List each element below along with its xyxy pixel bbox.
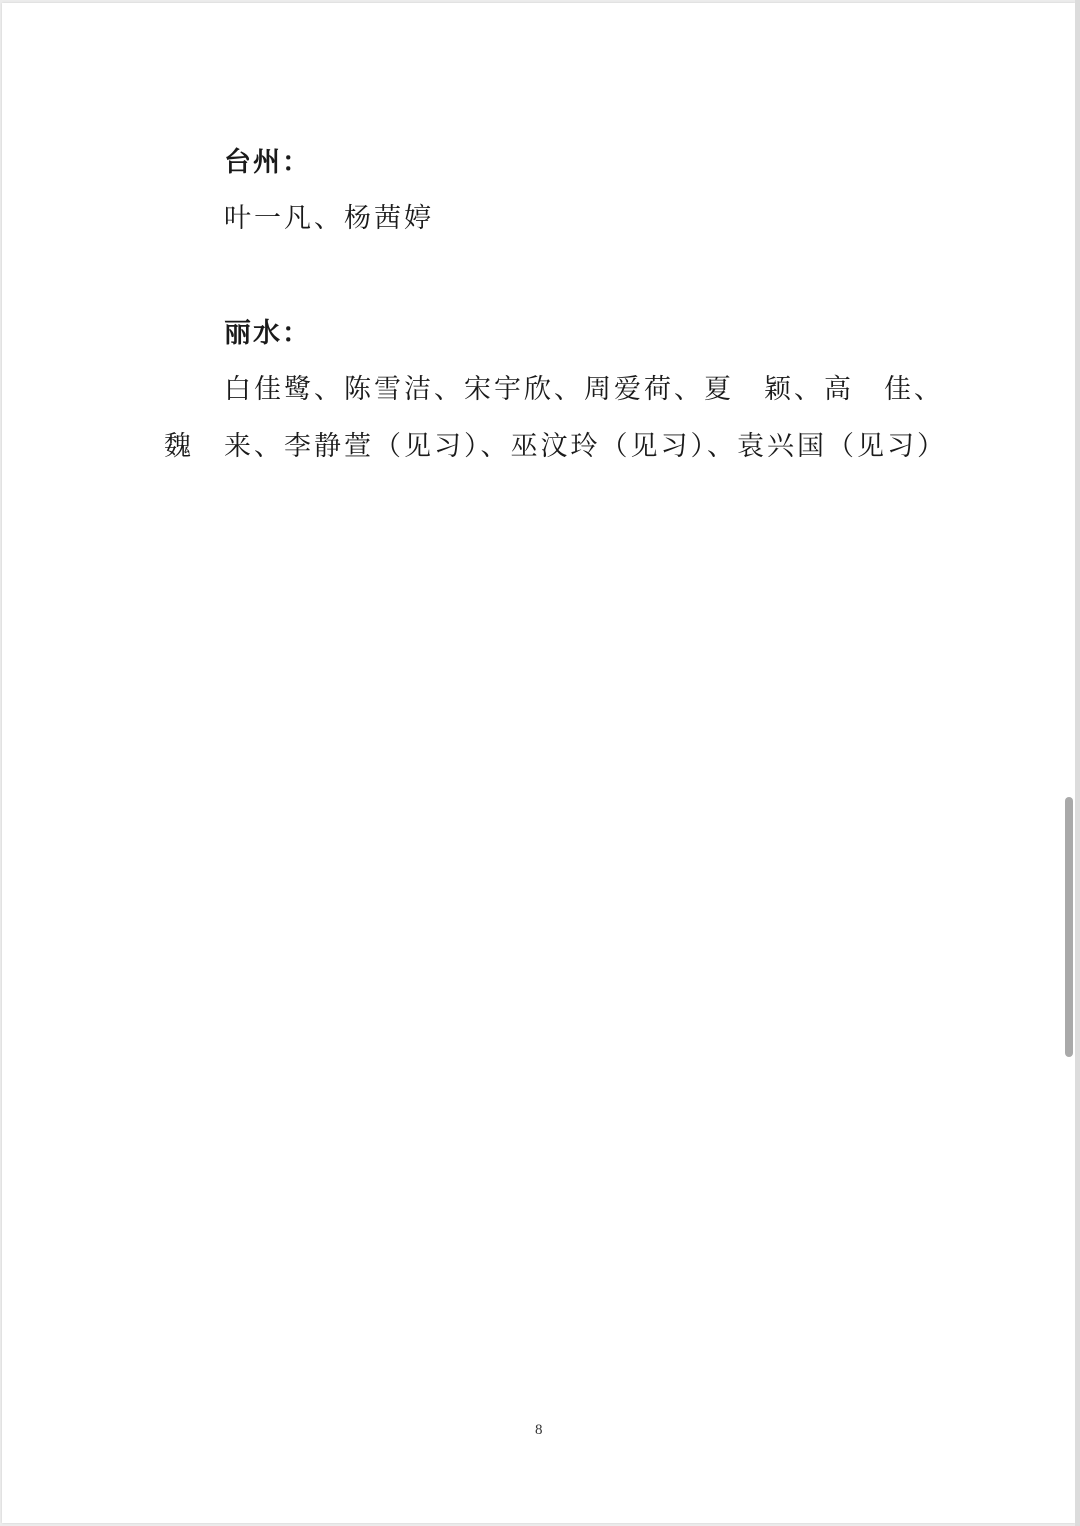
page-number: 8 bbox=[535, 1422, 543, 1439]
section-heading-lishui: 丽水： bbox=[224, 319, 311, 349]
scroll-track[interactable] bbox=[1075, 0, 1080, 1526]
section-names-lishui-line2: 魏 来、李静萱（见习）、巫汶玲（见习）、袁兴国（见习） bbox=[164, 432, 947, 462]
document-page: 台州： 叶一凡、杨茜婷 丽水： 白佳鹭、陈雪洁、宋宇欣、周爱荷、夏 颖、高 佳、… bbox=[2, 3, 1075, 1523]
document-viewer: 台州： 叶一凡、杨茜婷 丽水： 白佳鹭、陈雪洁、宋宇欣、周爱荷、夏 颖、高 佳、… bbox=[0, 0, 1080, 1526]
section-heading-taizhou: 台州： bbox=[224, 148, 311, 178]
section-names-taizhou: 叶一凡、杨茜婷 bbox=[224, 204, 434, 234]
vertical-scrollbar-thumb[interactable] bbox=[1065, 797, 1073, 1057]
section-names-lishui-line1: 白佳鹭、陈雪洁、宋宇欣、周爱荷、夏 颖、高 佳、 bbox=[224, 375, 944, 405]
